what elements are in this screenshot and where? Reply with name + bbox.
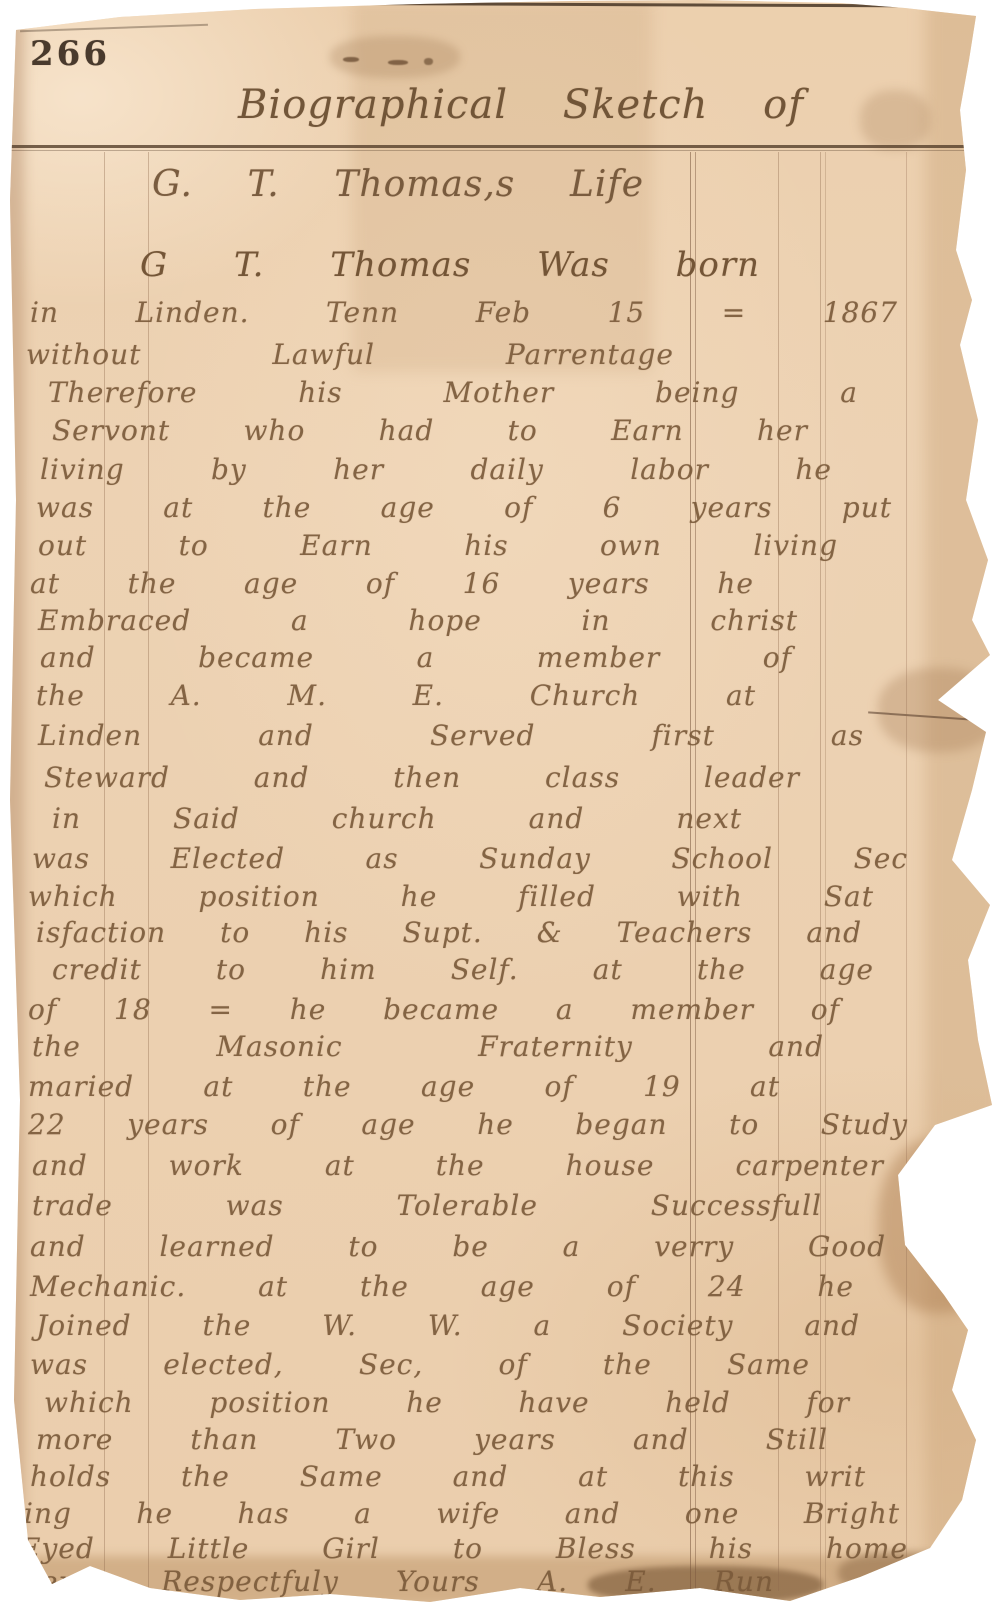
handwritten-line: was at the age of 6 years put (36, 491, 892, 525)
handwritten-line: at the age of 16 years he (30, 567, 754, 601)
handwritten-line: and learned to be a verry Good (30, 1230, 886, 1264)
ruled-line-horizontal (0, 145, 1000, 148)
top-edge-line (20, 24, 208, 33)
handwritten-line: which position he have held for (44, 1386, 850, 1420)
handwritten-line: Therefore his Mother being a (48, 376, 858, 410)
handwritten-line: Servont who had to Earn her (52, 414, 808, 448)
stain (860, 90, 930, 150)
handwritten-line: in Linden. Tenn Feb 15 = 1867 (30, 296, 898, 330)
handwritten-line: Mechanic. at the age of 24 he (30, 1270, 854, 1304)
stain (878, 668, 1000, 752)
handwritten-line: isfaction to his Supt. & Teachers and (36, 916, 862, 950)
handwritten-line: G T. Thomas Was born (140, 248, 760, 282)
handwritten-line: the A. M. E. Church at (36, 679, 756, 713)
scanned-document: 266 Biographical Sketch of G. T. Thomas,… (0, 0, 1000, 1605)
handwritten-line: and work at the house carpenter (32, 1149, 884, 1183)
document-title: Biographical Sketch of (238, 82, 804, 128)
handwritten-line: Embraced a hope in christ (38, 604, 798, 638)
handwritten-line: trade was Tolerable Successfull (32, 1189, 822, 1223)
handwritten-line: which position he filled with Sat (28, 880, 874, 914)
paper-sheet: 266 Biographical Sketch of G. T. Thomas,… (0, 0, 1000, 1605)
staple-hole (424, 58, 433, 65)
handwritten-line: Joined the W. W. a Society and (36, 1309, 860, 1343)
handwritten-line: without Lawful Parrentage (26, 338, 674, 372)
handwritten-line: ing he has a wife and one Bright (24, 1497, 900, 1531)
right-edge-stain (925, 0, 1000, 1605)
page-number: 266 (30, 34, 110, 74)
handwritten-line: of 18 = he became a member of (28, 993, 840, 1027)
handwritten-line: living by her daily labor he (40, 453, 832, 487)
handwritten-line: credit to him Self. at the age (52, 953, 874, 987)
document-subtitle: G. T. Thomas,s Life (152, 164, 644, 205)
handwritten-line: holds the Same and at this writ (30, 1460, 866, 1494)
handwritten-line: the Masonic Fraternity and (32, 1030, 824, 1064)
handwritten-line: and became a member of (40, 641, 792, 675)
handwritten-line: more than Two years and Still (36, 1423, 828, 1457)
handwritten-line: was elected, Sec, of the Same (30, 1348, 810, 1382)
staple-hole (343, 57, 359, 62)
handwritten-line: maried at the age of 19 at (28, 1070, 780, 1104)
handwritten-line: Eyed Little Girl to Bless his home (20, 1532, 908, 1566)
torn-edge-shadow (878, 1138, 1000, 1313)
handwritten-line: out to Earn his own living (38, 529, 838, 563)
handwritten-line: was Elected as Sunday School Sec (32, 842, 908, 876)
handwritten-line: verry Respectfuly Yours A. E. Run (24, 1565, 774, 1599)
handwritten-line: Steward and then class leader (44, 761, 800, 795)
handwritten-line: Linden and Served first as (38, 719, 864, 753)
handwritten-line: in Said church and next (52, 802, 742, 836)
left-edge-stain (0, 0, 24, 1605)
handwritten-line: 22 years of age he began to Study (28, 1108, 908, 1142)
staple-hole (388, 60, 408, 65)
ruled-line-horizontal (0, 150, 1000, 151)
